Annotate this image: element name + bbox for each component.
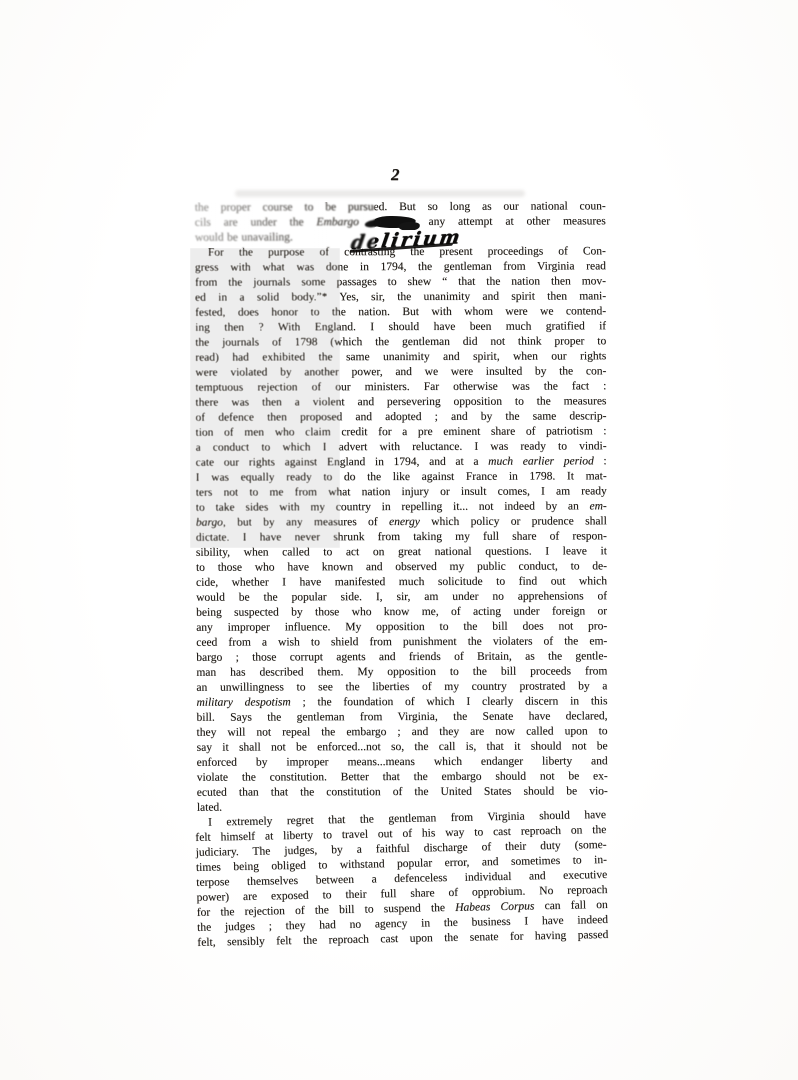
text-segment: energy [389, 516, 420, 528]
text-segment: bargo [196, 517, 223, 529]
text-line: bargo ; those corrupt agents and friends… [196, 649, 607, 665]
text-segment: of defence then proposed and adopted ; a… [195, 410, 606, 423]
text-segment: ing then ? With England. I should have b… [195, 320, 606, 333]
text-line: fested, does honor to the nation. But wi… [195, 304, 606, 320]
text-segment: being suspected by those who know me, of… [196, 605, 607, 618]
text-segment: violate the constitution. Better that th… [197, 770, 608, 783]
text-line: ing then ? With England. I should have b… [195, 319, 606, 335]
text-segment: sibility, when called to act on great na… [196, 545, 607, 558]
text-segment: cils are under the [195, 216, 317, 228]
text-line: were violated by another power, and we w… [195, 364, 606, 380]
text-line: an unwillingness to see the liberties of… [196, 679, 607, 695]
scanned-document-page: 2 the proper course to be pursued. But s… [0, 0, 798, 1080]
paragraph: For the purpose of contrasting the prese… [195, 244, 608, 815]
text-line: any improper influence. My opposition to… [196, 619, 607, 635]
text-segment: they will not repeal the embargo ; and t… [197, 725, 608, 738]
text-segment: any improper influence. My opposition to… [196, 620, 607, 633]
text-segment: to take sides with my country in repelli… [196, 500, 590, 513]
text-line: I was equally ready to do the like again… [196, 469, 607, 485]
text-line: the proper course to be pursued. But so … [195, 199, 606, 215]
text-segment: cide, whether I have manifested much sol… [196, 575, 607, 588]
text-line: the journals of 1798 (which the gentlema… [195, 334, 606, 350]
text-line: enforced by improper means...means which… [197, 754, 608, 770]
text-segment: fested, does honor to the nation. But wi… [195, 305, 606, 318]
text-line: bargo, but by any measures of energy whi… [196, 514, 607, 530]
text-line: violate the constitution. Better that th… [197, 769, 608, 785]
text-line: to those who have known and observed my … [196, 559, 607, 575]
text-line: tion of men who claim credit for a pre e… [195, 424, 606, 440]
text-segment: ecuted than that the constitution of the… [197, 785, 608, 798]
text-line: dictate. I have never shrunk from taking… [196, 529, 607, 545]
text-segment: the proper course to be pursued. But so … [195, 200, 606, 213]
text-segment: : [594, 455, 607, 467]
text-segment: were violated by another power, and we w… [195, 365, 606, 378]
paragraph: I extremely regret that the gentleman fr… [195, 808, 609, 951]
text-segment: the journals of 1798 (which the gentlema… [195, 335, 606, 348]
text-line: ters not to me from what nation injury o… [196, 484, 607, 500]
text-segment: can fall on [534, 899, 608, 912]
text-segment: much earlier period [488, 455, 594, 467]
text-segment: , but by any measures of [223, 516, 389, 529]
text-segment: man has described them. My opposition to… [196, 665, 607, 678]
text-segment: em- [589, 500, 606, 512]
ink-blot-icon [372, 216, 416, 228]
ink-ghost-smear [235, 190, 525, 197]
text-line: military despotism ; the foundation of w… [196, 694, 607, 710]
text-line: gress with what was done in 1794, the ge… [195, 259, 606, 275]
text-segment: a conduct to which I advert with relucta… [196, 440, 607, 453]
text-segment: lated. [197, 802, 222, 814]
text-segment: temptuous rejection of our ministers. Fa… [195, 380, 606, 393]
text-line: man has described them. My opposition to… [196, 664, 607, 680]
text-line: ceed from a wish to shield from punishme… [196, 634, 607, 650]
text-segment: dictate. I have never shrunk from taking… [196, 530, 607, 543]
text-segment: enforced by improper means...means which… [197, 755, 608, 768]
text-segment: Habeas Corpus [455, 900, 534, 914]
text-segment: ; the foundation of which I clearly disc… [291, 695, 608, 708]
text-line: ed in a solid body.”* Yes, sir, the unan… [195, 289, 606, 305]
text-line: would be the popular side. I, sir, am un… [196, 589, 607, 605]
text-line: a conduct to which I advert with relucta… [196, 439, 607, 455]
text-segment: ed in a solid body.”* Yes, sir, the unan… [195, 290, 606, 303]
text-segment: there was then a violent and persevering… [195, 395, 606, 408]
text-line: ecuted than that the constitution of the… [197, 784, 608, 800]
text-line: cide, whether I have manifested much sol… [196, 574, 607, 590]
text-segment: ters not to me from what nation injury o… [196, 485, 607, 498]
text-line: they will not repeal the embargo ; and t… [197, 724, 608, 740]
text-segment: bill. Says the gentleman from Virginia, … [196, 710, 607, 723]
text-segment: read) had exhibited the same unanimity a… [195, 350, 606, 363]
page-number: 2 [391, 165, 401, 185]
text-segment: gress with what was done in 1794, the ge… [195, 260, 606, 273]
text-segment: bargo ; those corrupt agents and friends… [196, 650, 607, 663]
text-line: say it shall not be enforced...not so, t… [197, 739, 608, 755]
text-line: to take sides with my country in repelli… [196, 499, 607, 515]
text-segment: which policy or prudence shall [420, 515, 607, 528]
text-line: cate our rights against England in 1794,… [196, 454, 607, 470]
text-segment: ceed from a wish to shield from punishme… [196, 635, 607, 648]
text-line: read) had exhibited the same unanimity a… [195, 349, 606, 365]
text-column: the proper course to be pursued. But so … [195, 199, 609, 950]
text-line: sibility, when called to act on great na… [196, 544, 607, 560]
text-segment: Embargo [316, 216, 358, 228]
text-segment: to those who have known and observed my … [196, 560, 607, 573]
text-segment: would be unavailing. [195, 231, 293, 243]
text-line: cils are under the Embargo any attempt a… [195, 214, 606, 230]
text-line: bill. Says the gentleman from Virginia, … [196, 709, 607, 725]
text-segment: would be the popular side. I, sir, am un… [196, 590, 607, 603]
text-line: of defence then proposed and adopted ; a… [195, 409, 606, 425]
text-segment: cate our rights against England in 1794,… [196, 456, 489, 469]
text-line: being suspected by those who know me, of… [196, 604, 607, 620]
text-line: there was then a violent and persevering… [195, 394, 606, 410]
text-segment: an unwillingness to see the liberties of… [196, 680, 607, 693]
text-segment: I was equally ready to do the like again… [196, 470, 607, 483]
text-segment: from the journals some passages to shew … [195, 275, 606, 288]
text-segment: military despotism [196, 696, 290, 708]
text-line: from the journals some passages to shew … [195, 274, 606, 290]
text-segment: say it shall not be enforced...not so, t… [197, 740, 608, 753]
text-segment: tion of men who claim credit for a pre e… [195, 425, 606, 438]
text-line: temptuous rejection of our ministers. Fa… [195, 379, 606, 395]
